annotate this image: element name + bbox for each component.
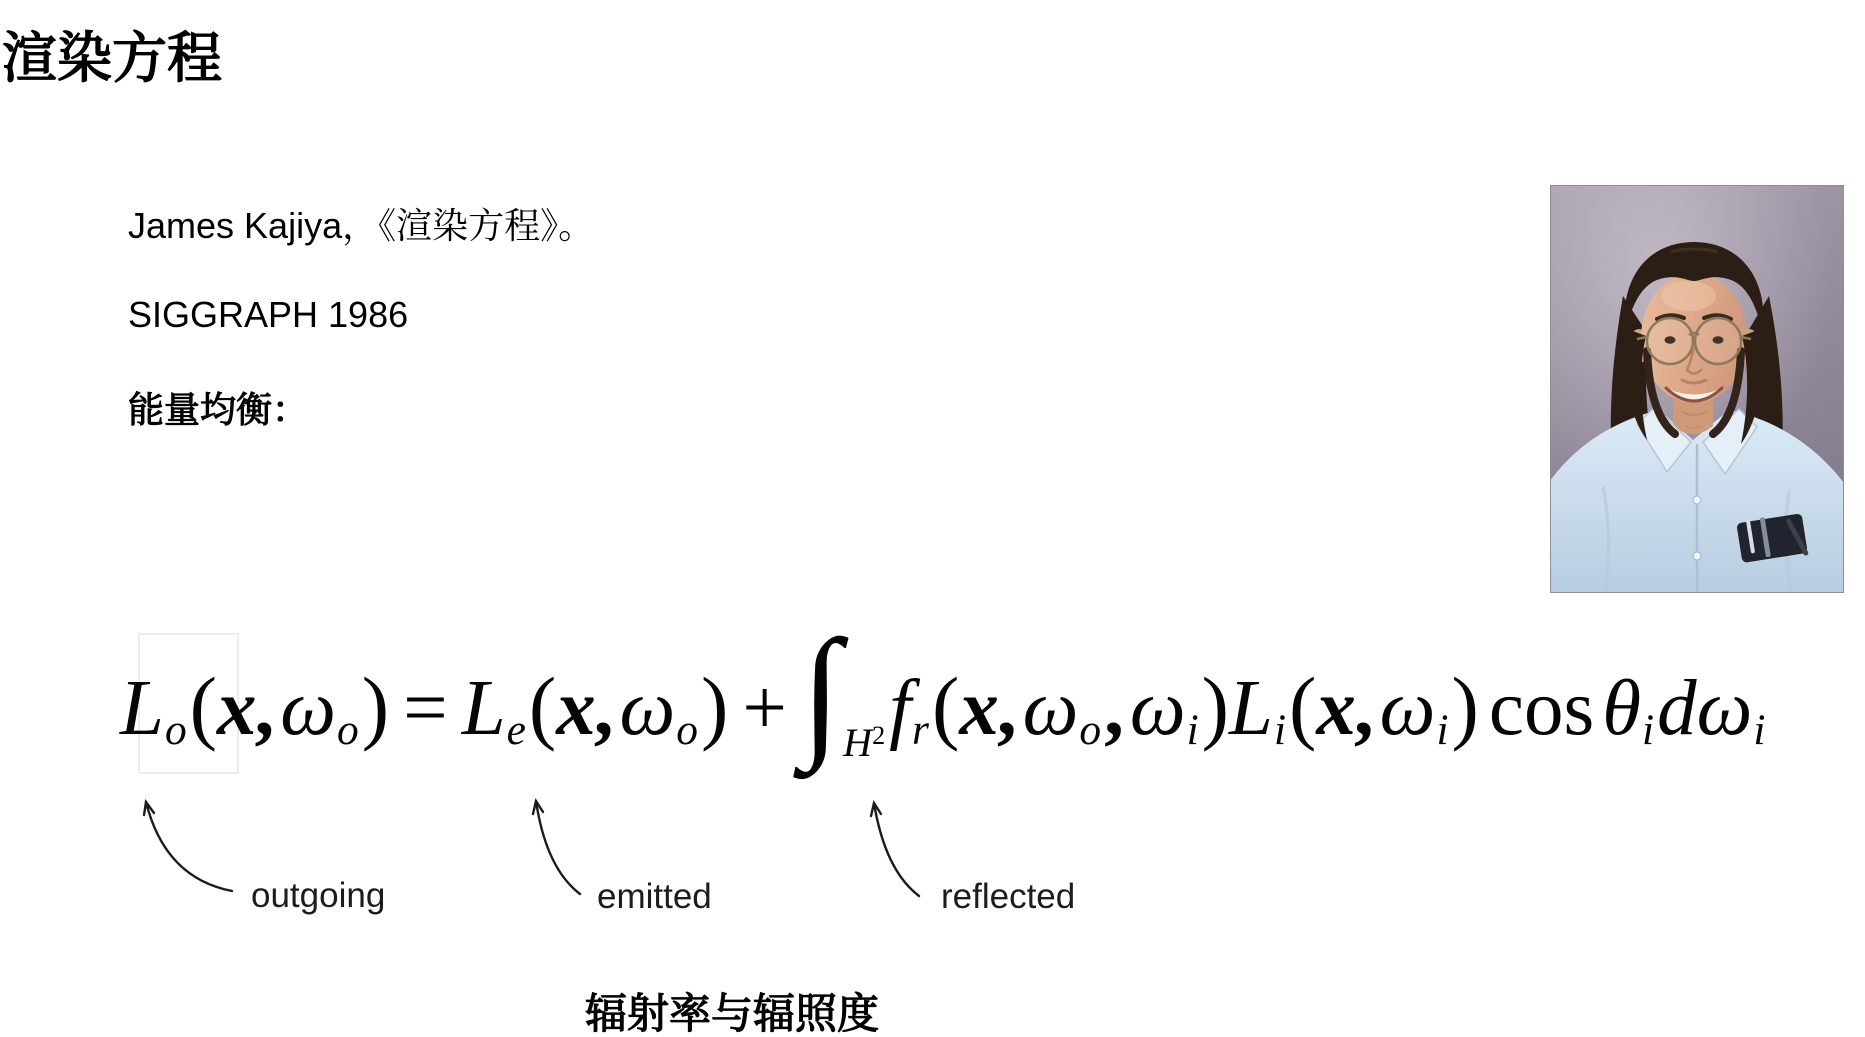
eq-token: ω	[1380, 665, 1436, 752]
eq-token: i	[1753, 706, 1765, 754]
eq-token: i	[1642, 706, 1654, 754]
slide-rendering-equation: 渲染方程 James Kajiya，《渲染方程》。 SIGGRAPH 1986 …	[0, 0, 1865, 1037]
eq-token: cos	[1489, 665, 1594, 752]
eq-token: ,	[255, 665, 275, 752]
eq-token: ω	[1023, 665, 1079, 752]
eq-token: ,	[1354, 665, 1374, 752]
eq-token: L	[120, 665, 164, 752]
eq-token: x	[1316, 665, 1354, 752]
eq-token: (	[529, 661, 556, 752]
eq-token: i	[1274, 706, 1286, 754]
arrow-reflected	[874, 803, 919, 896]
eq-token: o	[337, 706, 359, 754]
eq-token: ,	[594, 665, 614, 752]
eq-token: e	[507, 706, 526, 754]
eq-token: ω	[1130, 665, 1186, 752]
eq-token: )	[1202, 661, 1229, 752]
arrowhead-outgoing	[144, 802, 154, 815]
eq-token: )	[362, 661, 389, 752]
eq-token: (	[932, 661, 959, 752]
arrowhead-emitted	[533, 801, 543, 814]
page-title: 渲染方程	[2, 14, 222, 93]
eq-token: +	[742, 665, 787, 752]
portrait-illustration	[1551, 186, 1843, 592]
eq-token: (	[190, 661, 217, 752]
eq-token: (	[1289, 661, 1316, 752]
eq-token: )	[701, 661, 728, 752]
arrow-emitted	[536, 801, 580, 894]
eq-token: =	[403, 665, 448, 752]
arrow-outgoing	[146, 802, 232, 891]
venue-text: SIGGRAPH 1986	[128, 294, 408, 336]
label-emitted: emitted	[597, 877, 712, 917]
energy-balance-label: 能量均衡：	[128, 382, 308, 433]
eq-token: L	[462, 665, 506, 752]
eq-token: f	[889, 665, 911, 752]
eq-token: i	[1187, 706, 1199, 754]
reference-text: James Kajiya，《渲染方程》。	[128, 198, 594, 249]
eq-token: ω	[620, 665, 676, 752]
eq-token: o	[676, 706, 698, 754]
eq-token: L	[1229, 665, 1273, 752]
arrowhead-reflected	[871, 803, 881, 816]
eq-token: i	[1436, 706, 1448, 754]
eq-token: x	[959, 665, 997, 752]
eq-token: 2	[872, 721, 885, 750]
eq-token: o	[1079, 706, 1101, 754]
caption-radiance-irradiance: 辐射率与辐照度	[585, 981, 879, 1037]
label-outgoing: outgoing	[251, 876, 385, 916]
james-kajiya-portrait	[1550, 185, 1844, 593]
eq-token: ω	[280, 665, 336, 752]
eq-token: x	[556, 665, 594, 752]
eq-token: H	[843, 720, 872, 765]
eq-token: ∫	[801, 610, 841, 772]
eq-token: x	[217, 665, 255, 752]
eq-token: ,	[997, 665, 1017, 752]
rendering-equation: Lo(x,ωo)=Le(x,ωo)+∫H2fr(x,ωo,ωi)Li(x,ωi)…	[120, 660, 1768, 800]
eq-token: r	[912, 706, 929, 754]
eq-token: )	[1452, 661, 1479, 752]
eq-token: ω	[1697, 665, 1753, 752]
eq-token: d	[1657, 665, 1697, 752]
eq-token: o	[165, 706, 187, 754]
label-reflected: reflected	[941, 877, 1075, 917]
eq-token: ,	[1104, 665, 1124, 752]
eq-token: θ	[1602, 665, 1641, 752]
